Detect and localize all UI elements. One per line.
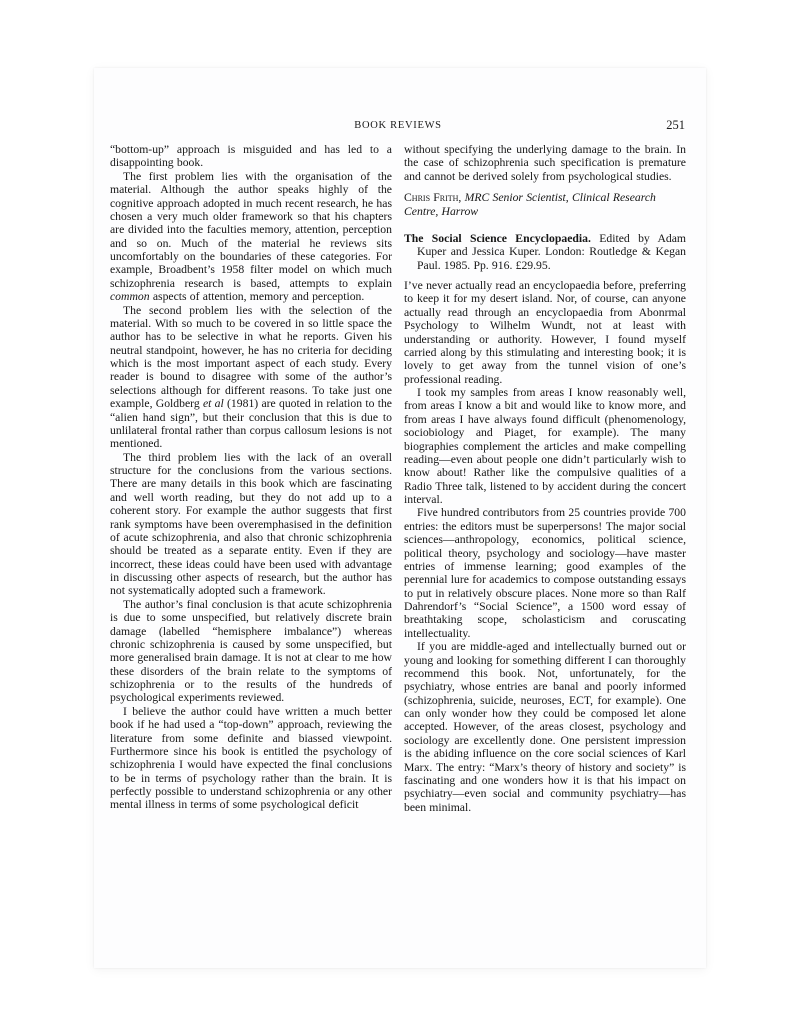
text-run: I took my samples from areas I know reas… [404, 386, 686, 506]
text-run: The first problem lies with the organisa… [110, 170, 392, 290]
text-run: The author’s final conclusion is that ac… [110, 598, 392, 705]
text-run: without specifying the underlying damage… [404, 143, 686, 183]
text-run: Chris Frith [404, 191, 458, 204]
text-run: aspects of attention, memory and percept… [150, 290, 365, 303]
page-number: 251 [666, 118, 685, 133]
body-paragraph: The third problem lies with the lack of … [110, 451, 392, 598]
reviewer-attribution: Chris Frith, MRC Senior Scientist, Clini… [404, 191, 686, 218]
section-title: BOOK REVIEWS [110, 120, 686, 131]
two-column-layout: “bottom-up” approach is misguided and ha… [110, 143, 686, 814]
body-paragraph: If you are middle-aged and intellectuall… [404, 640, 686, 814]
text-run: I believe the author could have written … [110, 705, 392, 812]
book-heading: The Social Science Encyclopaedia. Edited… [404, 232, 686, 272]
text-run: et al [203, 397, 224, 410]
page-content: BOOK REVIEWS 251 “bottom-up” approach is… [110, 120, 686, 814]
body-paragraph: The first problem lies with the organisa… [110, 170, 392, 304]
review-continuation-paragraph: without specifying the underlying damage… [404, 143, 686, 183]
column-left: “bottom-up” approach is misguided and ha… [110, 143, 392, 814]
text-run: The third problem lies with the lack of … [110, 451, 392, 598]
body-paragraph: The second problem lies with the selecti… [110, 304, 392, 451]
paper-sheet: BOOK REVIEWS 251 “bottom-up” approach is… [94, 68, 706, 968]
text-run: The second problem lies with the selecti… [110, 304, 392, 411]
body-paragraph: I took my samples from areas I know reas… [404, 386, 686, 506]
running-header: BOOK REVIEWS 251 [110, 120, 686, 134]
text-run: “bottom-up” approach is misguided and ha… [110, 143, 392, 169]
body-paragraph: Five hundred contributors from 25 countr… [404, 506, 686, 640]
body-paragraph: I’ve never actually read an encyclopaedi… [404, 279, 686, 386]
body-paragraph: I believe the author could have written … [110, 705, 392, 812]
text-run: common [110, 290, 150, 303]
text-run: Five hundred contributors from 25 countr… [404, 506, 686, 639]
review-continuation-paragraph: “bottom-up” approach is misguided and ha… [110, 143, 392, 170]
column-right: without specifying the underlying damage… [404, 143, 686, 814]
text-run: I’ve never actually read an encyclopaedi… [404, 279, 686, 386]
text-run: If you are middle-aged and intellectuall… [404, 640, 686, 814]
text-run: The Social Science Encyclopaedia. [404, 232, 591, 245]
body-paragraph: The author’s final conclusion is that ac… [110, 598, 392, 705]
